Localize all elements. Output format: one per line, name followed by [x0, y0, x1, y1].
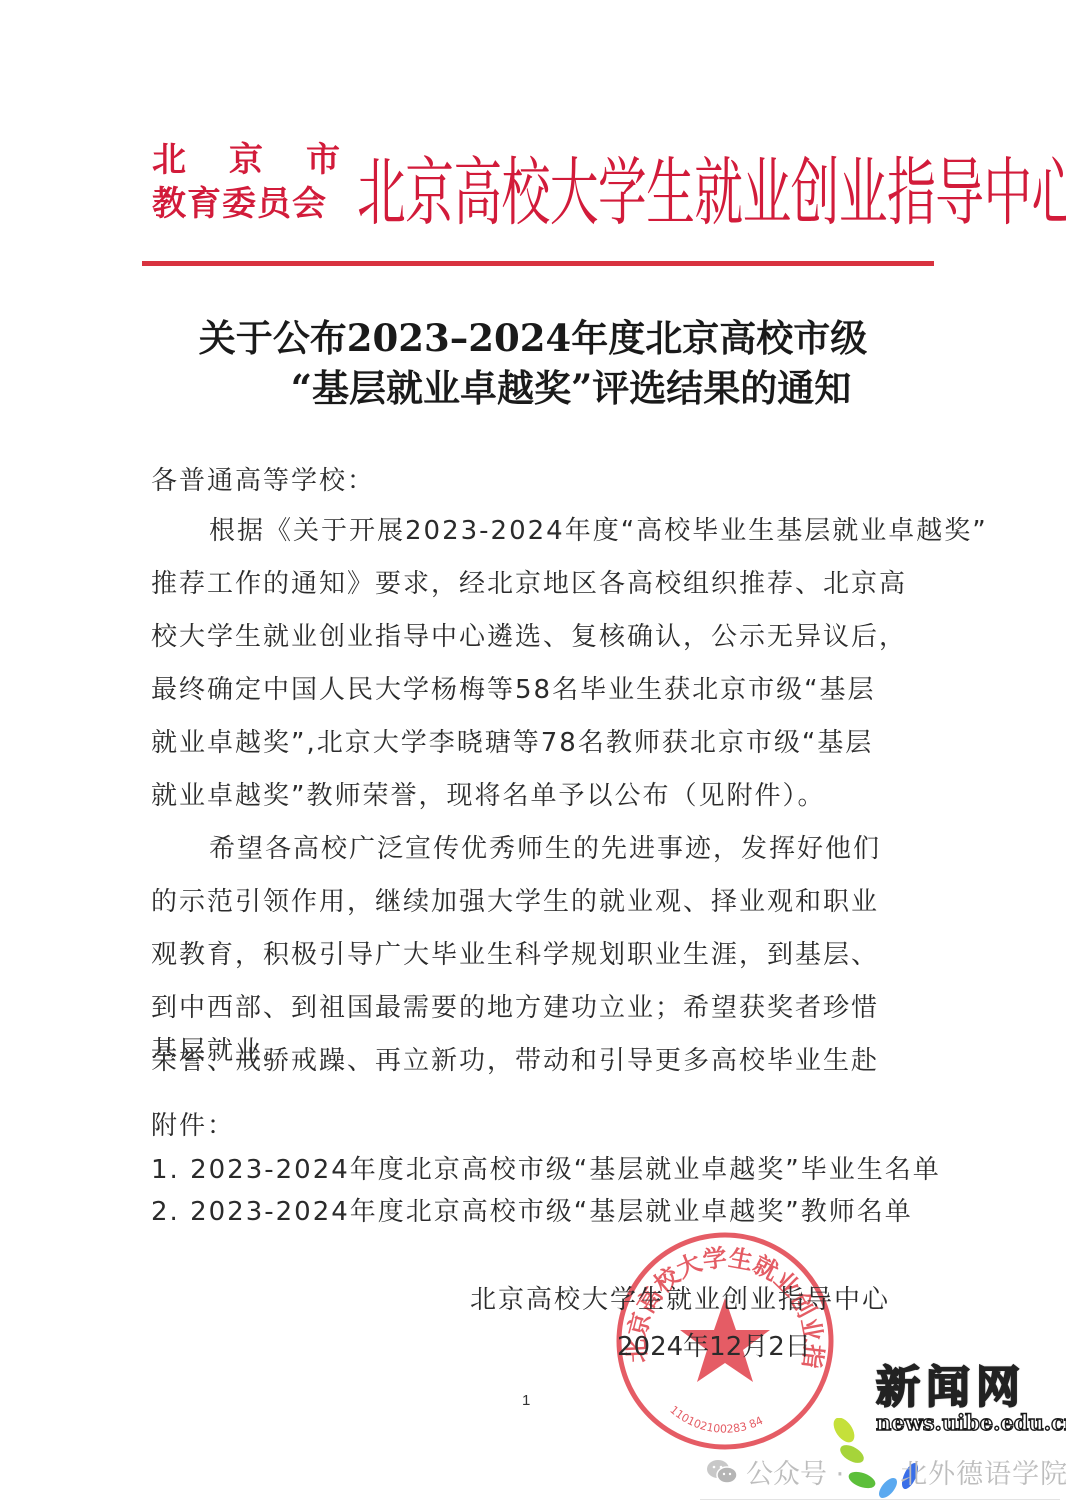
masthead-issuer-line1: 北 京 市 [152, 138, 340, 182]
bottom-divider [700, 1499, 1060, 1500]
paragraph1-line: 最终确定中国人民大学杨梅等58名毕业生获北京市级“基层 [151, 672, 876, 708]
document-body: 各普通高等学校： 根据《关于开展2023-2024年度“高校毕业生基层就业卓越奖… [151, 463, 921, 1083]
masthead-char: 北 [152, 138, 186, 182]
paragraph1-line: 就业卓越奖”教师荣誉，现将名单予以公布（见附件）。 [151, 778, 825, 814]
signature-date: 2024年12月2日 [617, 1326, 811, 1363]
masthead-char: 市 [306, 138, 340, 182]
attachments-label: 附件： [151, 1108, 235, 1144]
masthead-issuer-line2: 教育委员会 [152, 182, 342, 226]
paragraph1-line: 就业卓越奖”,北京大学李晓瑭等78名教师获北京市级“基层 [151, 725, 873, 761]
salutation: 各普通高等学校： [151, 463, 375, 499]
attachment-item: 1. 2023-2024年度北京高校市级“基层就业卓越奖”毕业生名单 [151, 1152, 941, 1188]
paragraph1-line: 校大学生就业创业指导中心遴选、复核确认，公示无异议后， [151, 619, 907, 655]
news-logo-text: 新闻网 [876, 1363, 1062, 1413]
masthead-char: 京 [229, 138, 263, 182]
masthead-issuer: 北 京 市 教育委员会 [152, 138, 342, 226]
wechat-account-watermark: 公众号 · 北外德语学院 [706, 1452, 1066, 1491]
paragraph2-line: 的示范引领作用，继续加强大学生的就业观、择业观和职业 [151, 884, 879, 920]
masthead-org-name: 北京高校大学生就业创业指导中心 [357, 140, 733, 246]
attachment-item: 2. 2023-2024年度北京高校市级“基层就业卓越奖”教师名单 [151, 1194, 913, 1230]
paragraph2-line: 观教育，积极引导广大毕业生科学规划职业生涯，到基层、 [151, 937, 879, 973]
signature-org: 北京高校大学生就业创业指导中心 [470, 1279, 890, 1316]
paragraph2-line: 基层就业。 [151, 1033, 291, 1069]
document-title-line2: “基层就业卓越奖”评选结果的通知 [188, 358, 954, 412]
wechat-account-name: 北外德语学院 [900, 1452, 1066, 1491]
page-number: 1 [522, 1392, 530, 1409]
paragraph2-line: 到中西部、到祖国最需要的地方建功立业；希望获奖者珍惜 [151, 990, 879, 1026]
svg-text:110102100283 84: 110102100283 84 [667, 1403, 765, 1435]
masthead-red-rule [142, 261, 934, 266]
wechat-icon [706, 1458, 738, 1486]
paragraph1-line: 推荐工作的通知》要求，经北京地区各高校组织推荐、北京高 [151, 566, 907, 602]
paragraph2-line: 希望各高校广泛宣传优秀师生的先进事迹，发挥好他们 [209, 831, 881, 867]
wechat-prefix: 公众号 · [746, 1452, 844, 1491]
paragraph1-line: 根据《关于开展2023-2024年度“高校毕业生基层就业卓越奖” [209, 513, 988, 549]
document-title-line1: 关于公布2023–2024年度北京高校市级 [150, 308, 916, 362]
